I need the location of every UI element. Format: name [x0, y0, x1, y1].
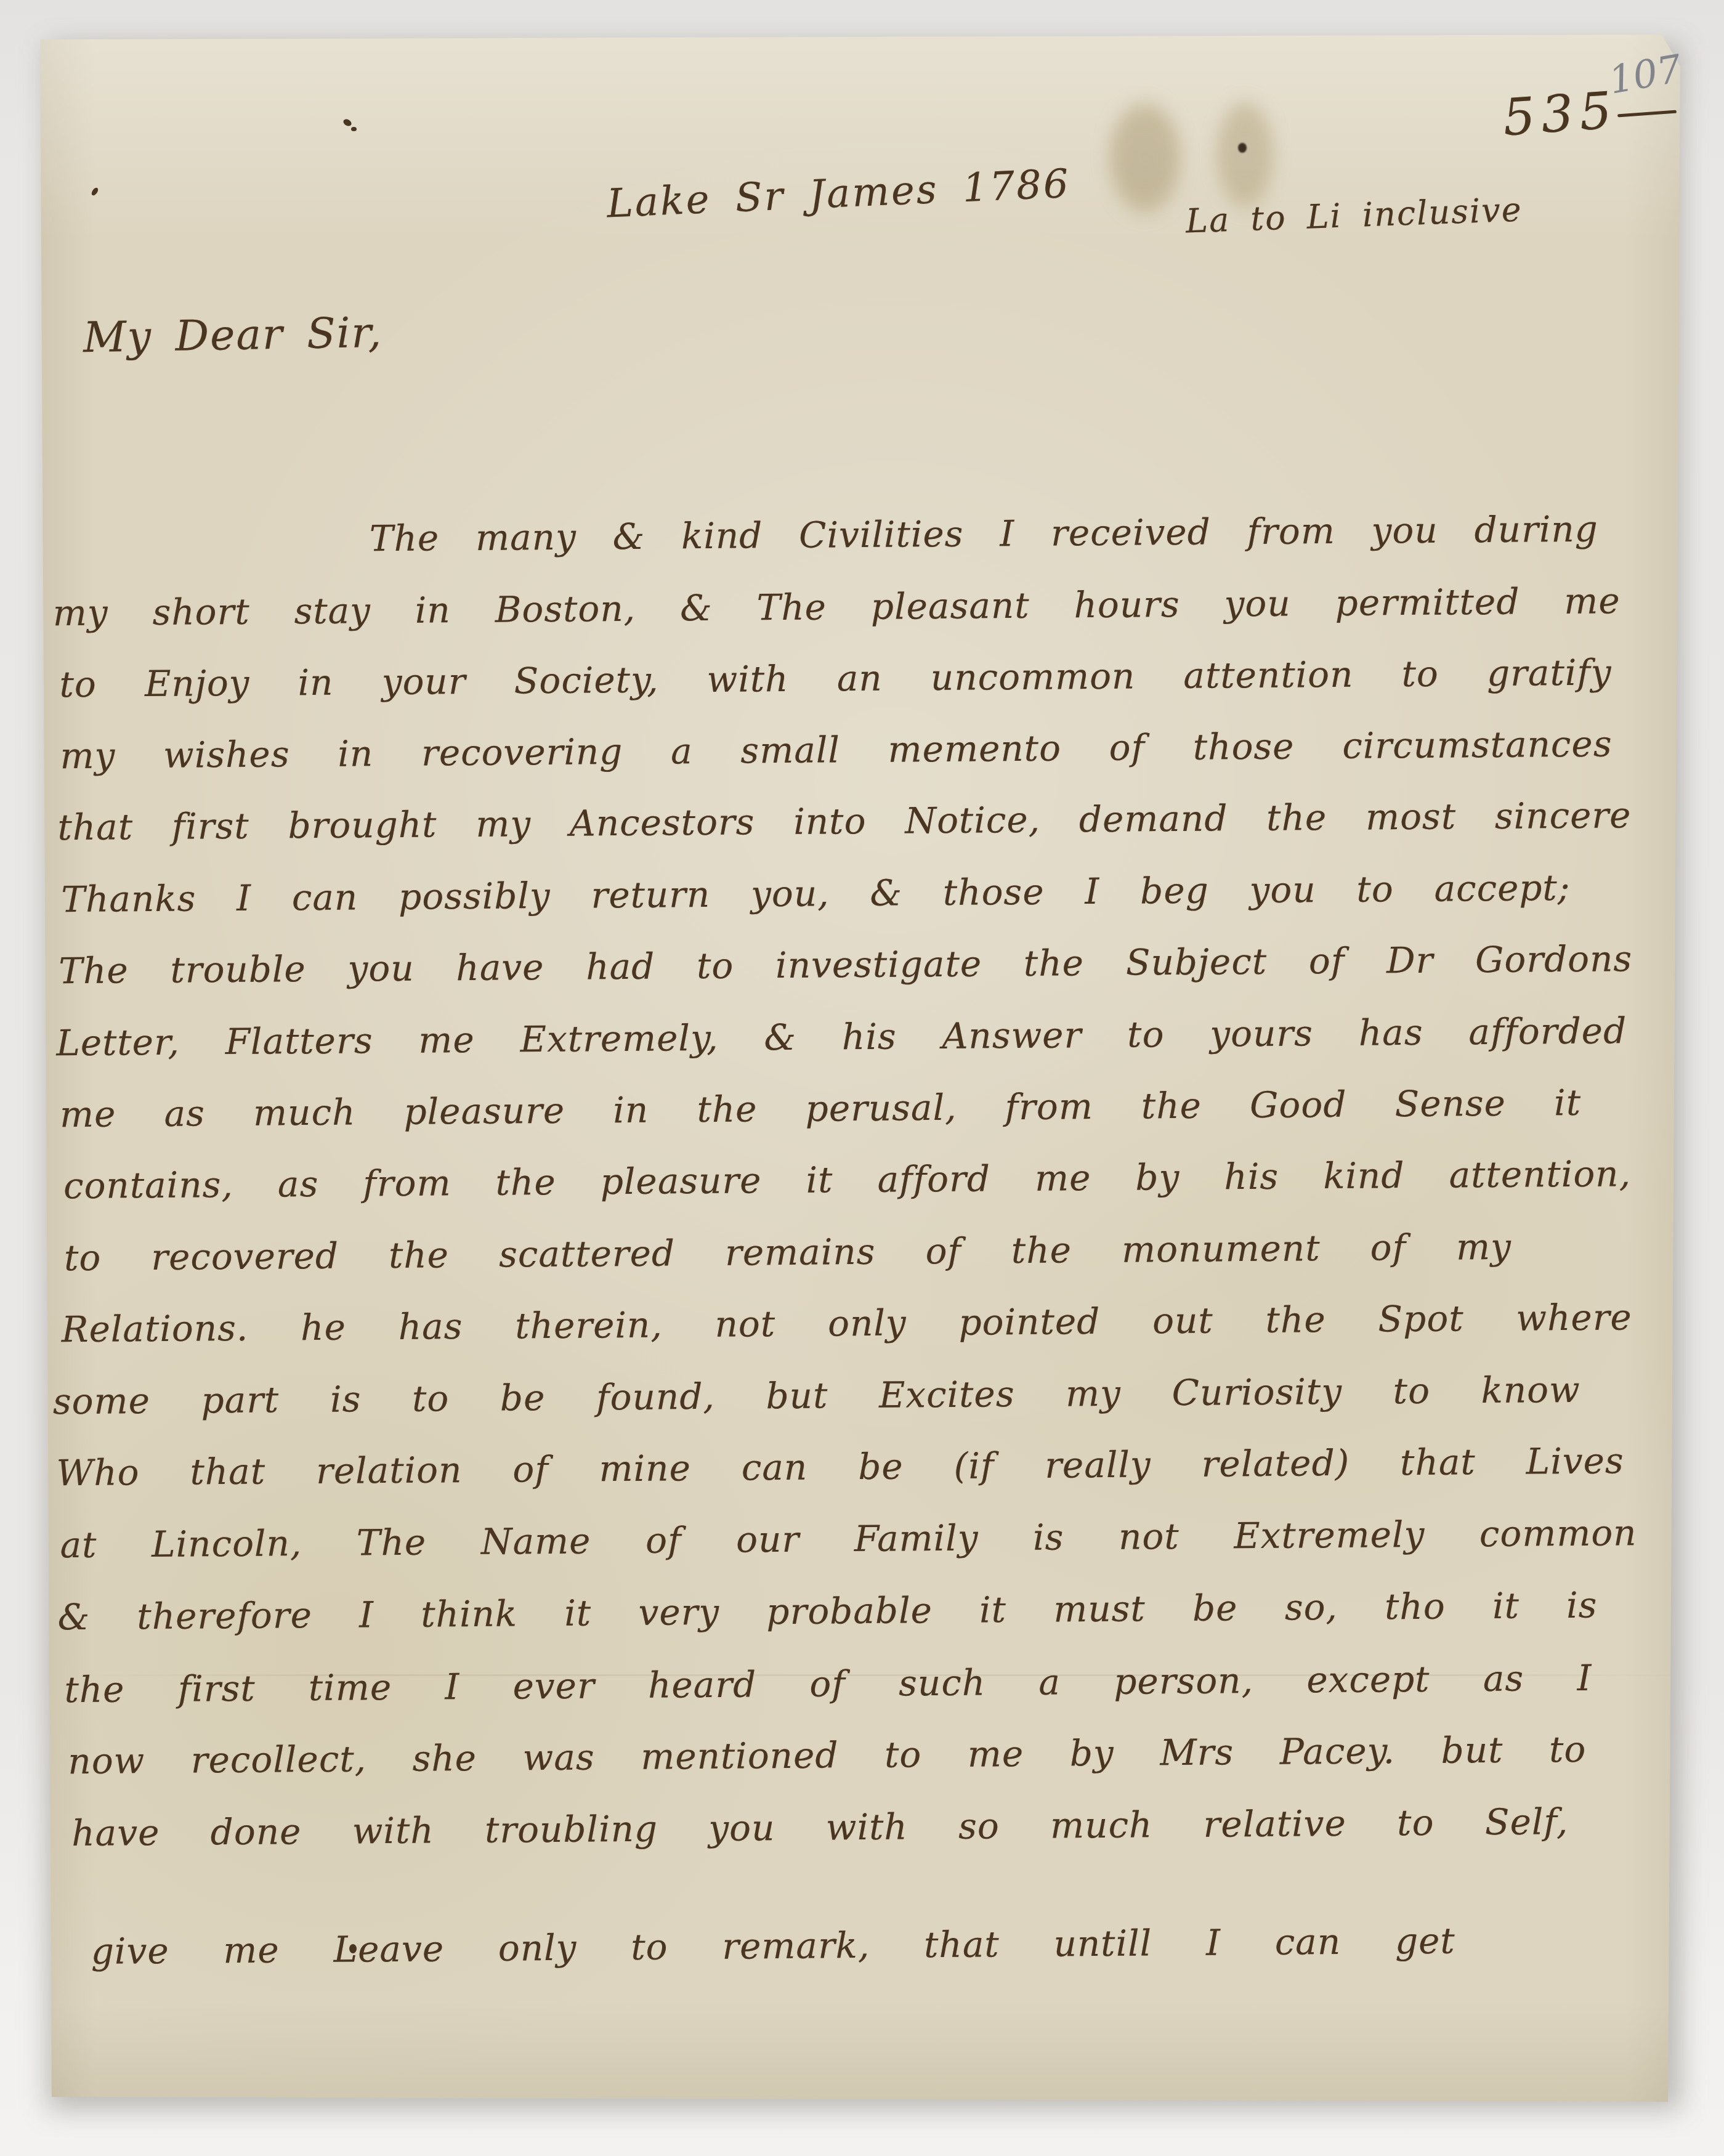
- letter-line: & therefore I think it very probable it …: [57, 1585, 1597, 1638]
- letter-line: to recovered the scattered remains of th…: [64, 1226, 1512, 1279]
- letter-line: Thanks I can possibly return you, & thos…: [61, 867, 1570, 920]
- letter-line: to Enjoy in your Society, with an uncomm…: [59, 652, 1611, 705]
- letter-line: the first time I ever heard of such a pe…: [64, 1658, 1592, 1711]
- letter-line: Who that relation of mine can be (if rea…: [56, 1440, 1624, 1494]
- letter-line: my short stay in Boston, & The pleasant …: [52, 580, 1620, 634]
- letter-line: Letter, Flatters me Extremely, & his Ans…: [56, 1010, 1627, 1064]
- letter-line: at Lincoln, The Name of our Family is no…: [60, 1512, 1637, 1566]
- letter-line: my wishes in recovering a small memento …: [60, 723, 1612, 776]
- letter-line: that first brought my Ancestors into Not…: [57, 795, 1631, 848]
- letter-line: me as much pleasure in the perusal, from…: [60, 1082, 1581, 1135]
- letter-line: The trouble you have had to investigate …: [59, 938, 1632, 992]
- letter-line: some part is to be found, but Excites my…: [53, 1369, 1580, 1422]
- letter-line: now recollect, she was mentioned to me b…: [68, 1729, 1586, 1782]
- letter-line: have done with troubling you with so muc…: [71, 1801, 1568, 1854]
- scanned-letter-page: 107 535 Lake Sr James 1786 La to Li incl…: [0, 0, 1724, 2156]
- letter-body: The many & kind Civilities I received fr…: [0, 0, 1724, 2156]
- letter-line: give me Leave only to remark, that until…: [91, 1920, 1455, 1972]
- letter-line: Relations. he has therein, not only poin…: [62, 1297, 1632, 1350]
- letter-line: contains, as from the pleasure it afford…: [63, 1153, 1631, 1207]
- letter-line: The many & kind Civilities I received fr…: [370, 509, 1598, 559]
